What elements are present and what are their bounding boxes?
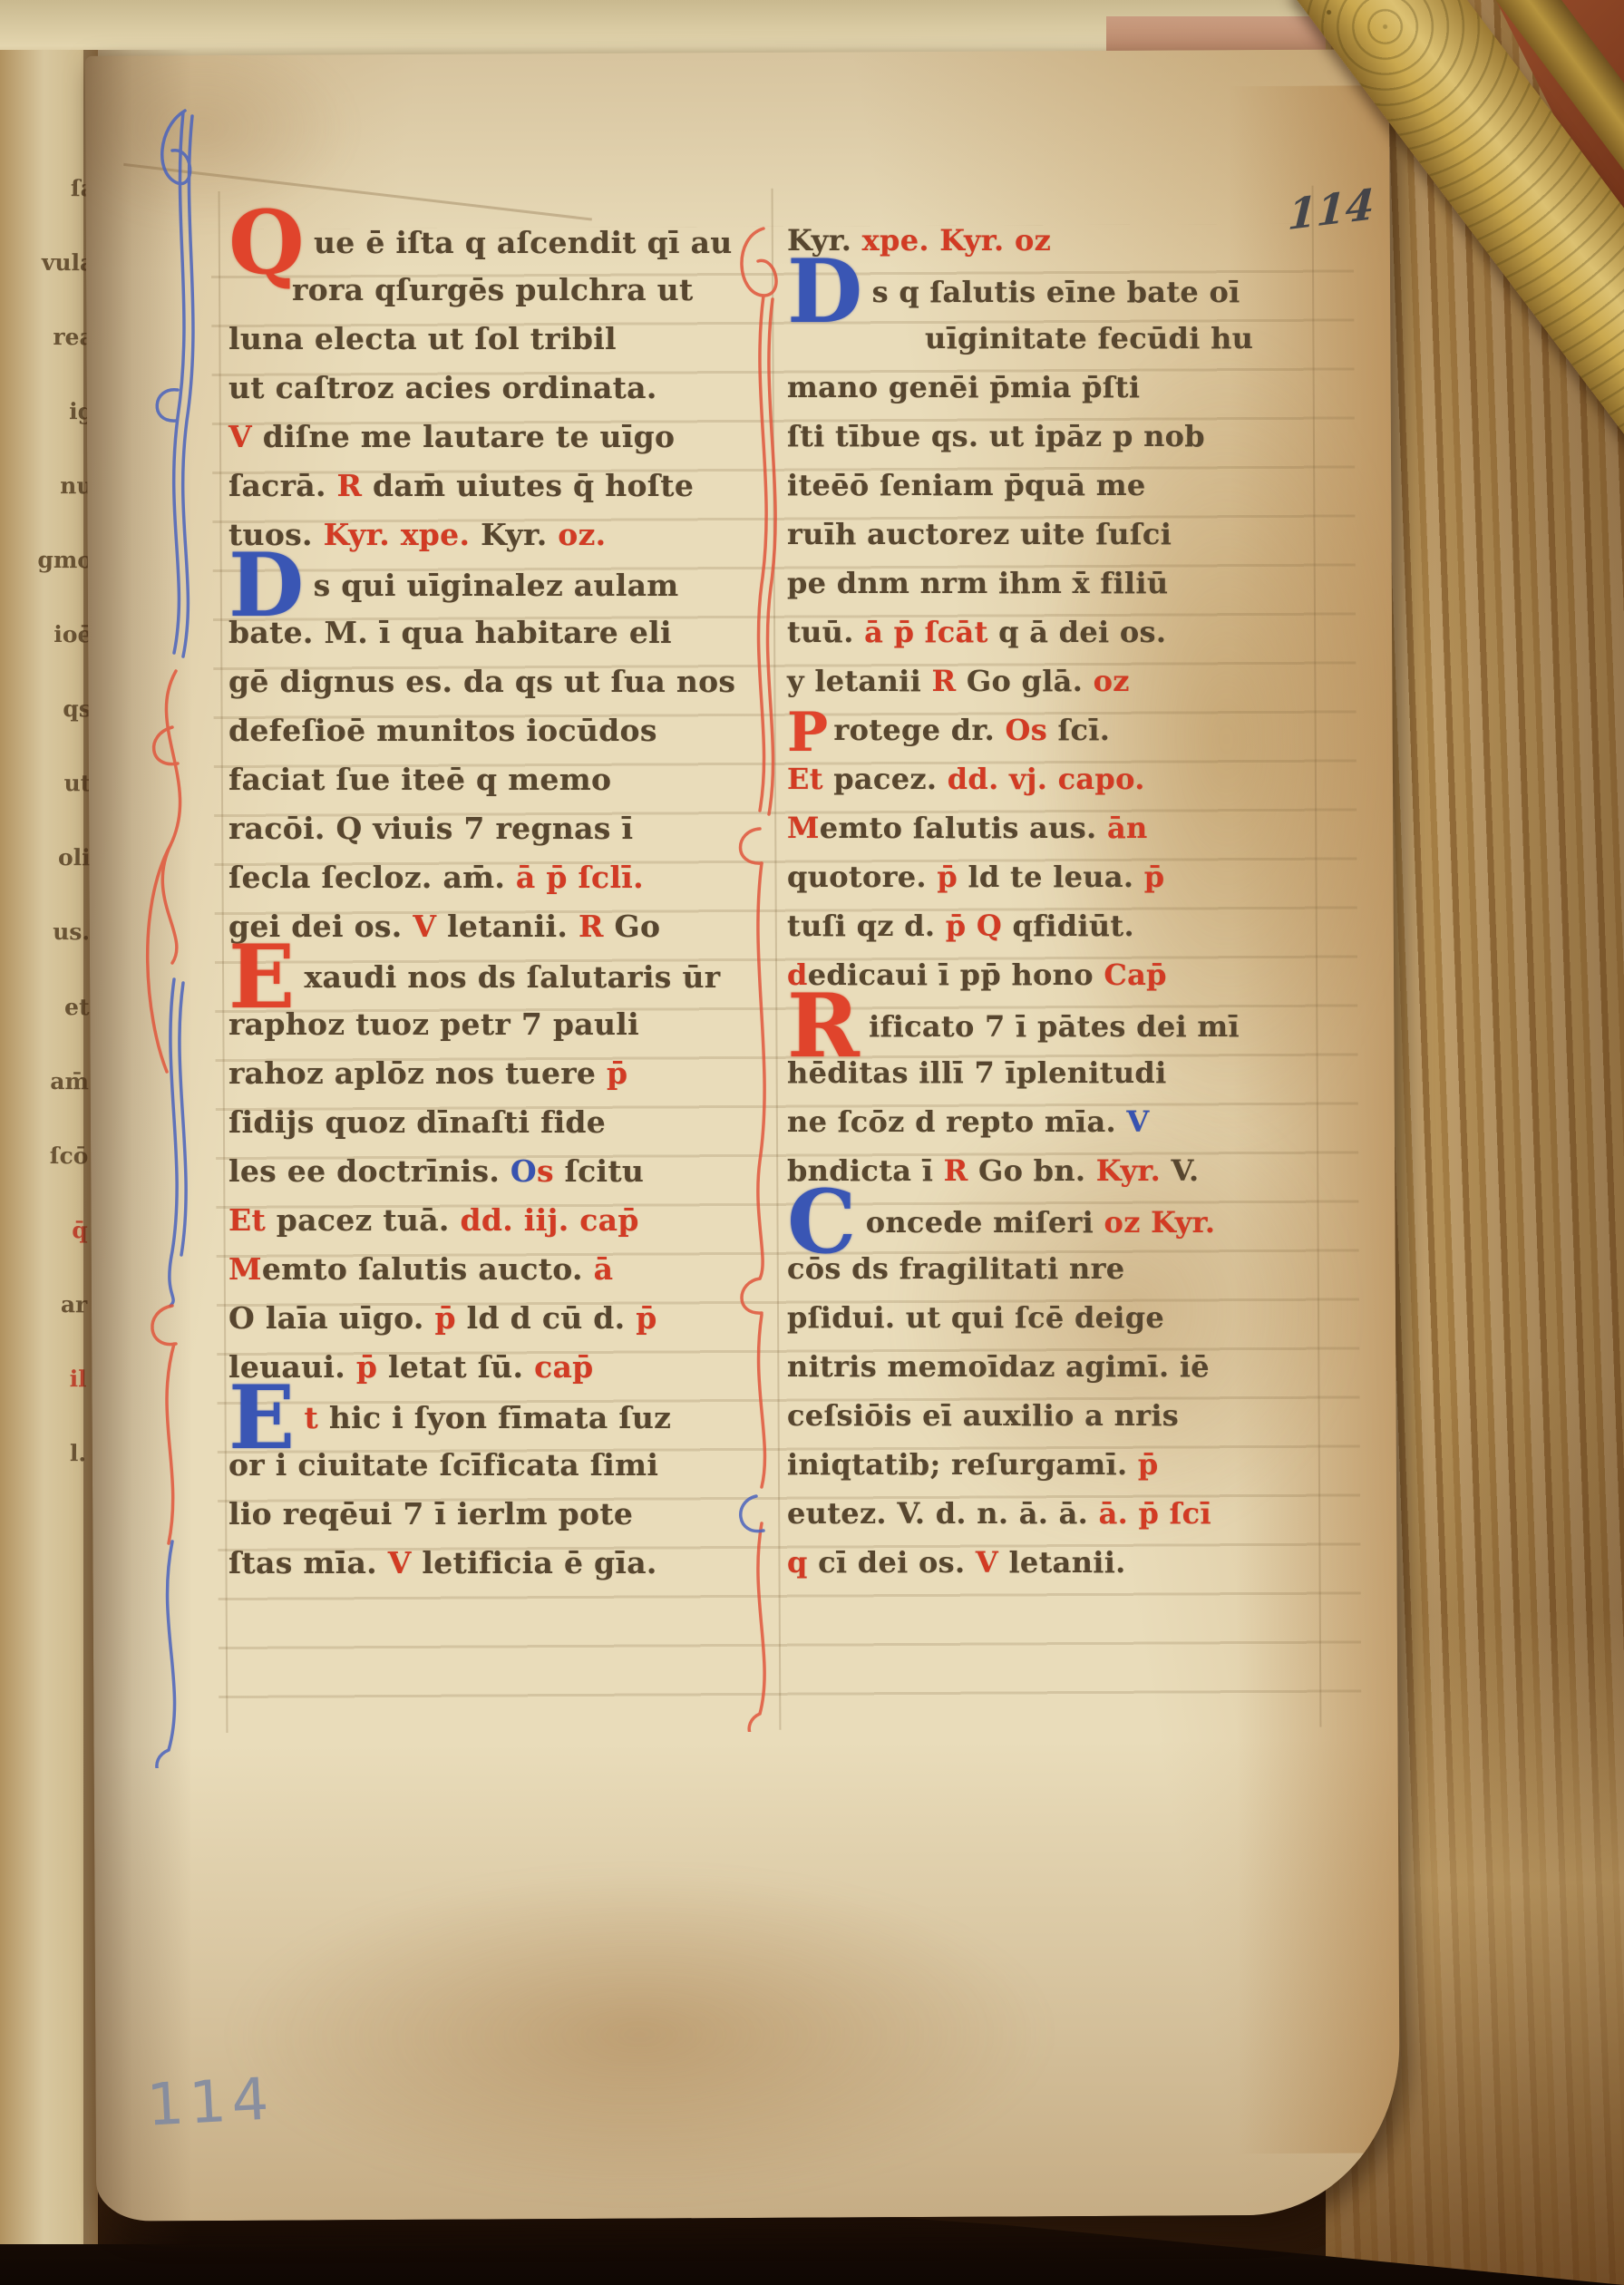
manuscript-line: rora qſurgēs pulchra ut — [229, 272, 780, 321]
text-run: Cap̄ — [1104, 958, 1166, 992]
text-run: iteēō ſeniam p̄quā me — [787, 468, 1146, 502]
page-edge-text-fragment: il — [70, 1367, 87, 1390]
text-run: ceſsiōis eī auxilio a nris — [787, 1398, 1179, 1433]
manuscript-line: or i ciuitate ſcīficata ſimi — [229, 1447, 780, 1496]
text-run: Kyr. — [1096, 1153, 1172, 1188]
text-run: V — [976, 1545, 1009, 1580]
manuscript-line: Et pacez. dd. vj. capo. — [787, 762, 1331, 811]
text-run: oz — [1015, 223, 1051, 258]
text-run: ſidijs quoz dīnaſti fide — [229, 1104, 606, 1140]
text-run: dam̄ uiutes q̄ hoſte — [373, 468, 694, 503]
text-run: V — [1126, 1104, 1149, 1139]
text-run: racōi. Q viuis 7 regnas ī — [229, 811, 633, 846]
manuscript-line: dedicaui ī pp̄ hono Cap̄ — [787, 958, 1331, 1006]
text-run: s q ſalutis eīne bate oī — [872, 275, 1240, 309]
manuscript-line: iniqtatib; reſurgamī. p̄ — [787, 1447, 1331, 1496]
folio-number-bottom: 114 — [145, 2066, 276, 2139]
text-run: tuſi qz d. — [787, 909, 946, 943]
text-run: iniqtatib; reſurgamī. — [787, 1447, 1138, 1482]
text-run: xpe. — [862, 223, 940, 258]
manuscript-line: racōi. Q viuis 7 regnas ī — [229, 811, 780, 860]
text-run: diſne me lautare te uīgo — [263, 419, 676, 454]
manuscript-line: pe dnm nrm ihm x̄ filiū — [787, 566, 1331, 615]
manuscript-line: nitris memoīdaz agimī. iē — [787, 1349, 1331, 1398]
text-run: ificato 7 ī pātes dei mī — [869, 1009, 1240, 1044]
page-edge-text-fragment: ioē — [53, 623, 92, 646]
manuscript-line: V diſne me lautare te uīgo — [229, 419, 780, 468]
text-run: R — [579, 909, 615, 944]
manuscript-line: q cī dei os. V letanii. — [787, 1545, 1331, 1594]
text-run: pacez tuā. — [277, 1202, 461, 1238]
manuscript-photo: ſavulareaignugmoioēqsutolius.etam̄ſcōq̄a… — [0, 0, 1624, 2285]
text-run: ſecla ſecloz. am̄. — [229, 860, 516, 895]
text-run: rahoz aplōz nos tuere — [229, 1055, 607, 1091]
manuscript-line: leuaui. p̄ letat ſū. cap̄ — [229, 1349, 780, 1398]
text-run: lio reqēui 7 ī ierlm pote — [229, 1496, 633, 1531]
text-run: xpe. — [401, 517, 481, 552]
text-run: p̄ — [1138, 1447, 1159, 1482]
text-run: qfidiūt. — [1013, 909, 1134, 943]
manuscript-line: y letanii R Go glā. oz — [787, 664, 1331, 713]
text-run: rotege dr. — [833, 713, 1005, 747]
manuscript-line: pſidui. ut qui ſcē deige — [787, 1300, 1331, 1349]
text-run: gē dignus es. da qs ut ſua nos — [229, 664, 735, 699]
manuscript-line: ceſsiōis eī auxilio a nris — [787, 1398, 1331, 1447]
manuscript-line: tuū. ā p̄ ſcāt q ā dei os. — [787, 615, 1331, 664]
text-run: R — [944, 1153, 978, 1188]
text-run: M — [787, 811, 820, 845]
page-edge-text-fragment: q̄ — [72, 1219, 88, 1241]
text-run: Et — [229, 1202, 277, 1238]
text-run: M — [229, 1251, 262, 1287]
manuscript-line: defeſioē munitos iocūdos — [229, 713, 780, 762]
manuscript-line: O laīa uīgo. p̄ ld d cū d. p̄ — [229, 1300, 780, 1349]
text-run: V — [229, 419, 263, 454]
text-run: O — [511, 1153, 537, 1189]
manuscript-line: Kyr. xpe. Kyr. oz — [787, 223, 1331, 272]
text-run: q — [787, 1545, 818, 1580]
text-run: p̄ — [434, 1300, 466, 1336]
text-run: Kyr. — [1151, 1205, 1215, 1240]
manuscript-line: rahoz aplōz nos tuere p̄ — [229, 1055, 780, 1104]
manuscript-line: gē dignus es. da qs ut ſua nos — [229, 664, 780, 713]
text-run: Go glā. — [967, 664, 1094, 698]
manuscript-line: cōs ds fragilitati nre — [787, 1251, 1331, 1300]
page-edge-text-fragment: us. — [53, 921, 90, 944]
text-run: defeſioē munitos iocūdos — [229, 713, 657, 748]
text-run: letificia ē gīa. — [422, 1545, 656, 1580]
text-run: oz — [1094, 664, 1130, 698]
manuscript-line: ſacrā. R dam̄ uiutes q̄ hoſte — [229, 468, 780, 517]
text-run: cap̄ — [534, 1349, 593, 1385]
page-edge-text-fragment: am̄ — [50, 1070, 89, 1093]
text-run: letanii. — [447, 909, 579, 944]
text-run: Kyr. — [324, 517, 401, 552]
text-run: quotore. — [787, 860, 937, 894]
manuscript-line: tuſi qz d. p̄ Q qfidiūt. — [787, 909, 1331, 958]
text-run: p̄ — [1144, 860, 1165, 894]
facing-page-text-fragments: ſavulareaignugmoioēqsutolius.etam̄ſcōq̄a… — [0, 177, 99, 1465]
page-edge-text-fragment: ut — [63, 772, 91, 794]
text-run: emto ſalutis aus. — [820, 811, 1107, 845]
text-run: xaudi nos ds ſalutaris ūr — [304, 959, 720, 995]
text-run: p̄ — [607, 1055, 627, 1091]
manuscript-line: ruīh auctorez uite ſuſci — [787, 517, 1331, 566]
page-edge-text-fragment: oli — [58, 846, 91, 869]
manuscript-line: Exaudi nos ds ſalutaris ūr — [229, 958, 780, 1006]
page-edge-text-fragment: ſcō — [50, 1144, 89, 1167]
manuscript-line: ne ſcōz d repto mīa. V — [787, 1104, 1331, 1153]
manuscript-line: tuos. Kyr. xpe. Kyr. oz. — [229, 517, 780, 566]
text-run: V — [413, 909, 447, 944]
text-run: Go bn. — [978, 1153, 1096, 1188]
text-run: tuū. — [787, 615, 864, 649]
manuscript-line: lio reqēui 7 ī ierlm pote — [229, 1496, 780, 1545]
text-run: luna electa ut ſol tribil — [229, 321, 617, 356]
text-run: nitris memoīdaz agimī. iē — [787, 1349, 1210, 1384]
text-run: ue ē iſta q aſcendit qī au — [314, 225, 733, 260]
text-run: ān — [1107, 811, 1148, 845]
text-run: ā p̄ ſcāt — [864, 615, 998, 649]
manuscript-line: ſtas mīa. V letificia ē gīa. — [229, 1545, 780, 1594]
text-run: s — [537, 1153, 565, 1189]
text-run: Go — [614, 909, 660, 944]
text-run: eutez. V. d. n. ā. ā. — [787, 1496, 1099, 1531]
text-run: oz. — [558, 517, 606, 552]
manuscript-line: Et pacez tuā. dd. iij. cap̄ — [229, 1202, 780, 1251]
manuscript-line: quotore. p̄ ld te leua. p̄ — [787, 860, 1331, 909]
text-run: p̄ — [356, 1349, 388, 1385]
page-edge-text-fragment: ar — [61, 1293, 88, 1316]
text-run: les ee doctrīnis. — [229, 1153, 511, 1189]
text-run: ā. p̄ ſcī — [1099, 1496, 1211, 1531]
manuscript-line: ſidijs quoz dīnaſti fide — [229, 1104, 780, 1153]
manuscript-line: raphoz tuoz petr 7 pauli — [229, 1006, 780, 1055]
manuscript-line: Ds qui uīginalez aulam — [229, 566, 780, 615]
manuscript-line: Memto ſalutis aus. ān — [787, 811, 1331, 860]
manuscript-line: Concede miſeri oz Kyr. — [787, 1202, 1331, 1251]
manuscript-line: uīginitate fecūdi hu — [787, 321, 1331, 370]
text-run: t — [304, 1400, 328, 1435]
text-column-right: Kyr. xpe. Kyr. ozDs q ſalutis eīne bate … — [787, 223, 1331, 1594]
text-run: pſidui. ut qui ſcē deige — [787, 1300, 1164, 1335]
text-run: ſtas mīa. — [229, 1545, 388, 1580]
text-run: ā — [594, 1251, 614, 1287]
text-run: faciat ſue iteē q memo — [229, 762, 611, 797]
manuscript-line: iteēō ſeniam p̄quā me — [787, 468, 1331, 517]
text-run: O laīa uīgo. — [229, 1300, 434, 1336]
text-run: Os — [1006, 713, 1058, 747]
parchment-stain — [221, 1864, 1057, 2204]
text-run: cī dei os. — [818, 1545, 976, 1580]
text-run: ſti tībue qs. ut ipāz p nob — [787, 419, 1205, 453]
page-edge-text-fragment: qs — [63, 697, 92, 720]
text-run: ſacrā. — [229, 468, 337, 503]
manuscript-line: Et hic i ſyon fīmata ſuz — [229, 1398, 780, 1447]
manuscript-line: bate. M. ī qua habitare eli — [229, 615, 780, 664]
page-edge-text-fragment: et — [64, 996, 90, 1018]
text-run: ld d cū d. — [467, 1300, 637, 1336]
text-run: ne ſcōz d repto mīa. — [787, 1104, 1126, 1139]
text-run: dd. iij. cap̄ — [460, 1202, 638, 1238]
text-run: pacez. — [833, 762, 948, 796]
text-run: p̄ — [946, 909, 977, 943]
text-run: emto ſalutis aucto. — [262, 1251, 594, 1287]
manuscript-line: ſti tībue qs. ut ipāz p nob — [787, 419, 1331, 468]
text-run: hic i ſyon fīmata ſuz — [329, 1400, 671, 1435]
text-run: ld te leua. — [968, 860, 1143, 894]
text-run: R — [931, 664, 966, 698]
text-run: Kyr. — [939, 223, 1015, 258]
manuscript-line: mano genēi p̄mia p̄ſti — [787, 370, 1331, 419]
text-run: pe dnm nrm ihm x̄ filiū — [787, 566, 1168, 600]
text-run: oncede miſeri — [866, 1205, 1104, 1240]
text-run: uīginitate fecūdi hu — [925, 321, 1253, 355]
text-run: ſcitu — [565, 1153, 645, 1189]
manuscript-line: luna electa ut ſol tribil — [229, 321, 780, 370]
text-run: Et — [787, 762, 833, 796]
page-edge-text-fragment: l. — [70, 1442, 86, 1464]
text-run: p̄ — [937, 860, 968, 894]
text-run: ruīh auctorez uite ſuſci — [787, 517, 1172, 551]
parchment-stain — [85, 49, 358, 228]
manuscript-line: hēditas illī 7 īplenitudi — [787, 1055, 1331, 1104]
text-run: letanii. — [1008, 1545, 1125, 1580]
text-run: ā p̄ ſclī. — [516, 860, 644, 895]
text-run: dd. vj. capo. — [948, 762, 1145, 796]
text-run: Q — [977, 909, 1013, 943]
text-run: q ā dei os. — [998, 615, 1166, 649]
text-run: V. — [1171, 1153, 1199, 1188]
text-run: oz — [1104, 1205, 1152, 1240]
text-run: letat ſū. — [388, 1349, 534, 1385]
text-run: Kyr. — [481, 517, 558, 552]
text-column-left: Que ē iſta q aſcendit qī aurora qſurgēs … — [229, 223, 780, 1594]
manuscript-line: faciat ſue iteē q memo — [229, 762, 780, 811]
manuscript-line: bndicta ī R Go bn. Kyr. V. — [787, 1153, 1331, 1202]
manuscript-line: Protege dr. Os ſcī. — [787, 713, 1331, 762]
text-run: s qui uīginalez aulam — [314, 568, 679, 603]
text-run: mano genēi p̄mia p̄ſti — [787, 370, 1140, 404]
text-run: ut caſtroz acies ordinata. — [229, 370, 657, 405]
text-run: R — [337, 468, 374, 503]
text-run: rora qſurgēs pulchra ut — [292, 272, 694, 307]
text-run: y letanii — [787, 664, 931, 698]
manuscript-line: gei dei os. V letanii. R Go — [229, 909, 780, 958]
manuscript-line: les ee doctrīnis. Os ſcitu — [229, 1153, 780, 1202]
page-edge-text-fragment: gmo — [37, 549, 92, 571]
text-run: ſcī. — [1057, 713, 1110, 747]
manuscript-line: ſecla ſecloz. am̄. ā p̄ ſclī. — [229, 860, 780, 909]
manuscript-line: Ds q ſalutis eīne bate oī — [787, 272, 1331, 321]
manuscript-line: Que ē iſta q aſcendit qī au — [229, 223, 780, 272]
manuscript-line: Memto ſalutis aucto. ā — [229, 1251, 780, 1300]
text-run: p̄ — [636, 1300, 656, 1336]
text-run: V — [388, 1545, 423, 1580]
manuscript-line: ut caſtroz acies ordinata. — [229, 370, 780, 419]
manuscript-line: Rificato 7 ī pātes dei mī — [787, 1006, 1331, 1055]
manuscript-line: eutez. V. d. n. ā. ā. ā. p̄ ſcī — [787, 1496, 1331, 1545]
